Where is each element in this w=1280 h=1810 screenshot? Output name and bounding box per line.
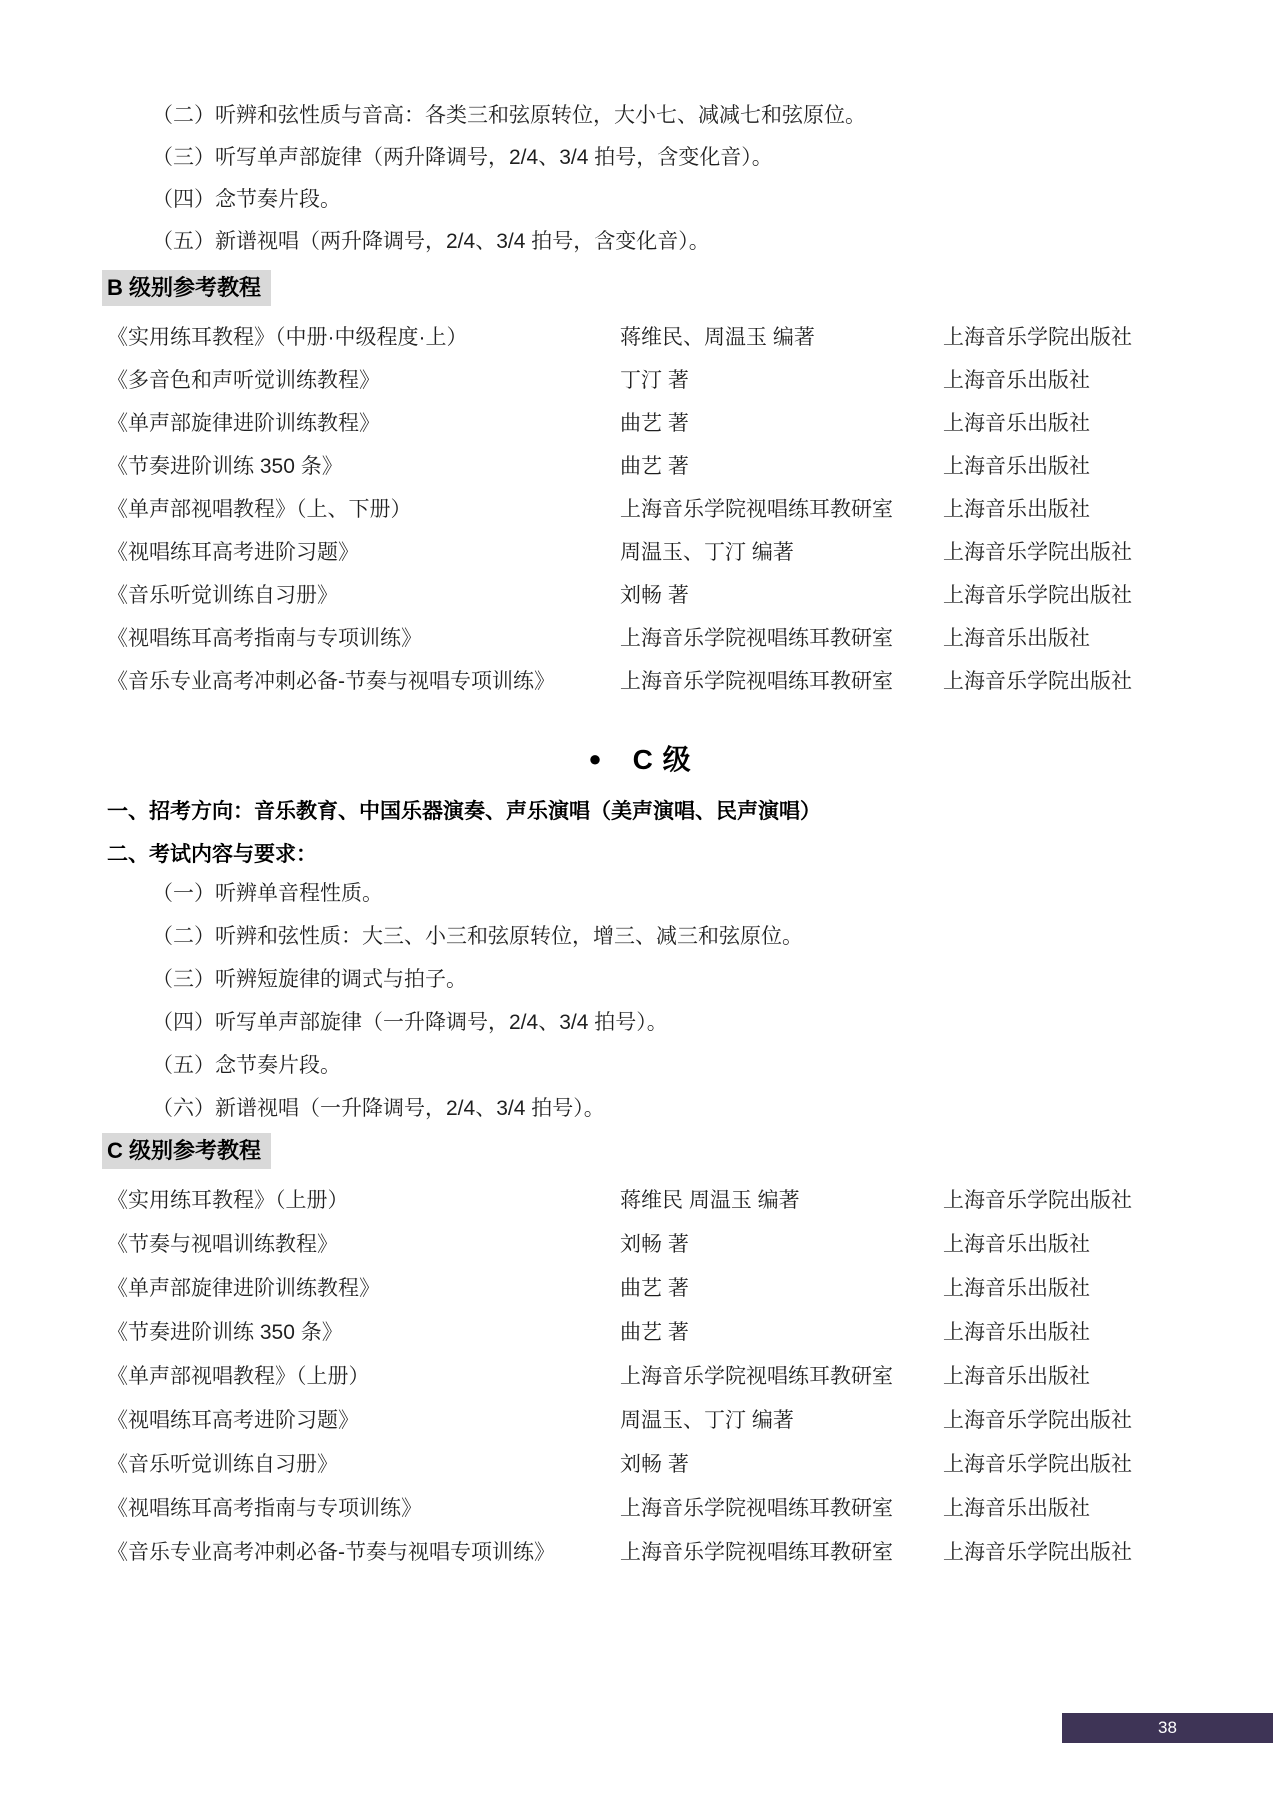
table-row: 《节奏进阶训练 350 条》 曲艺 著 上海音乐出版社: [107, 1309, 1192, 1353]
table-row: 《实用练耳教程》（上册） 蒋维民 周温玉 编著 上海音乐学院出版社: [107, 1177, 1192, 1221]
book-title: 《单声部视唱教程》（上册）: [107, 1360, 620, 1390]
book-publisher: 上海音乐出版社: [943, 1228, 1192, 1258]
book-author: 刘畅 著: [620, 1448, 943, 1478]
table-row: 《视唱练耳高考进阶习题》 周温玉、丁汀 编著 上海音乐学院出版社: [107, 1397, 1192, 1441]
list-item: （六）新谱视唱（一升降调号，2/4、3/4 拍号）。: [152, 1087, 803, 1130]
table-row: 《视唱练耳高考指南与专项训练》 上海音乐学院视唱练耳教研室 上海音乐出版社: [107, 1485, 1192, 1529]
book-title: 《实用练耳教程》（中册·中级程度·上）: [107, 321, 620, 351]
book-title: 《节奏进阶训练 350 条》: [107, 450, 620, 480]
table-row: 《单声部视唱教程》（上、下册） 上海音乐学院视唱练耳教研室 上海音乐出版社: [107, 486, 1192, 529]
list-item: （一）听辨单音程性质。: [152, 872, 803, 915]
table-row: 《视唱练耳高考指南与专项训练》 上海音乐学院视唱练耳教研室 上海音乐出版社: [107, 615, 1192, 658]
book-title: 《视唱练耳高考指南与专项训练》: [107, 1492, 620, 1522]
book-title: 《音乐专业高考冲刺必备-节奏与视唱专项训练》: [107, 665, 620, 695]
table-row: 《音乐专业高考冲刺必备-节奏与视唱专项训练》 上海音乐学院视唱练耳教研室 上海音…: [107, 658, 1192, 701]
book-title: 《音乐听觉训练自习册》: [107, 1448, 620, 1478]
book-title: 《音乐听觉训练自习册》: [107, 579, 620, 609]
book-publisher: 上海音乐学院出版社: [943, 1404, 1192, 1434]
book-publisher: 上海音乐出版社: [943, 493, 1192, 523]
book-publisher: 上海音乐学院出版社: [943, 579, 1192, 609]
book-publisher: 上海音乐学院出版社: [943, 536, 1192, 566]
book-title: 《实用练耳教程》（上册）: [107, 1184, 620, 1214]
book-author: 丁汀 著: [620, 364, 943, 394]
table-row: 《音乐听觉训练自习册》 刘畅 著 上海音乐学院出版社: [107, 572, 1192, 615]
book-author: 上海音乐学院视唱练耳教研室: [620, 493, 943, 523]
book-title: 《音乐专业高考冲刺必备-节奏与视唱专项训练》: [107, 1536, 620, 1566]
list-item: （四）听写单声部旋律（一升降调号，2/4、3/4 拍号）。: [152, 1001, 803, 1044]
book-title: 《视唱练耳高考指南与专项训练》: [107, 622, 620, 652]
book-publisher: 上海音乐学院出版社: [943, 665, 1192, 695]
book-author: 周温玉、丁汀 编著: [620, 536, 943, 566]
c-exam-items-list: （一）听辨单音程性质。 （二）听辨和弦性质：大三、小三和弦原转位，增三、减三和弦…: [152, 872, 803, 1130]
book-publisher: 上海音乐学院出版社: [943, 1536, 1192, 1566]
book-author: 上海音乐学院视唱练耳教研室: [620, 622, 943, 652]
list-item: （五）新谱视唱（两升降调号，2/4、3/4 拍号，含变化音）。: [152, 221, 866, 263]
table-row: 《多音色和声听觉训练教程》 丁汀 著 上海音乐出版社: [107, 357, 1192, 400]
book-author: 周温玉、丁汀 编著: [620, 1404, 943, 1434]
book-publisher: 上海音乐出版社: [943, 1492, 1192, 1522]
table-row: 《音乐专业高考冲刺必备-节奏与视唱专项训练》 上海音乐学院视唱练耳教研室 上海音…: [107, 1529, 1192, 1573]
list-item: （三）听辨短旋律的调式与拍子。: [152, 958, 803, 1001]
list-item: （三）听写单声部旋律（两升降调号，2/4、3/4 拍号，含变化音）。: [152, 137, 866, 179]
book-title: 《视唱练耳高考进阶习题》: [107, 1404, 620, 1434]
book-title: 《单声部旋律进阶训练教程》: [107, 407, 620, 437]
table-row: 《单声部旋律进阶训练教程》 曲艺 著 上海音乐出版社: [107, 400, 1192, 443]
book-author: 曲艺 著: [620, 450, 943, 480]
book-author: 蒋维民、周温玉 编著: [620, 321, 943, 351]
bullet-icon: ●: [588, 746, 602, 771]
book-author: 刘畅 著: [620, 579, 943, 609]
book-publisher: 上海音乐出版社: [943, 450, 1192, 480]
b-books-table: 《实用练耳教程》（中册·中级程度·上） 蒋维民、周温玉 编著 上海音乐学院出版社…: [107, 314, 1192, 701]
book-title: 《视唱练耳高考进阶习题》: [107, 536, 620, 566]
table-row: 《视唱练耳高考进阶习题》 周温玉、丁汀 编著 上海音乐学院出版社: [107, 529, 1192, 572]
table-row: 《音乐听觉训练自习册》 刘畅 著 上海音乐学院出版社: [107, 1441, 1192, 1485]
b-exam-items-list: （二）听辨和弦性质与音高：各类三和弦原转位，大小七、减减七和弦原位。 （三）听写…: [152, 95, 866, 263]
book-author: 上海音乐学院视唱练耳教研室: [620, 665, 943, 695]
c-level-heading: ●C 级: [0, 738, 1280, 778]
book-publisher: 上海音乐学院出版社: [943, 321, 1192, 351]
book-title: 《节奏进阶训练 350 条》: [107, 1316, 620, 1346]
book-publisher: 上海音乐出版社: [943, 1316, 1192, 1346]
book-author: 曲艺 著: [620, 407, 943, 437]
c-reference-heading: C 级别参考教程: [102, 1133, 271, 1169]
table-row: 《单声部旋律进阶训练教程》 曲艺 著 上海音乐出版社: [107, 1265, 1192, 1309]
book-publisher: 上海音乐出版社: [943, 1360, 1192, 1390]
book-publisher: 上海音乐出版社: [943, 364, 1192, 394]
list-item: （二）听辨和弦性质与音高：各类三和弦原转位，大小七、减减七和弦原位。: [152, 95, 866, 137]
book-author: 曲艺 著: [620, 1316, 943, 1346]
book-publisher: 上海音乐出版社: [943, 622, 1192, 652]
document-page: （二）听辨和弦性质与音高：各类三和弦原转位，大小七、减减七和弦原位。 （三）听写…: [0, 0, 1280, 1810]
book-title: 《单声部旋律进阶训练教程》: [107, 1272, 620, 1302]
c-books-table: 《实用练耳教程》（上册） 蒋维民 周温玉 编著 上海音乐学院出版社 《节奏与视唱…: [107, 1177, 1192, 1573]
book-publisher: 上海音乐出版社: [943, 1272, 1192, 1302]
table-row: 《单声部视唱教程》（上册） 上海音乐学院视唱练耳教研室 上海音乐出版社: [107, 1353, 1192, 1397]
page-number-badge: 38: [1062, 1713, 1273, 1743]
list-item: （四）念节奏片段。: [152, 179, 866, 221]
book-author: 上海音乐学院视唱练耳教研室: [620, 1536, 943, 1566]
book-publisher: 上海音乐出版社: [943, 407, 1192, 437]
book-author: 上海音乐学院视唱练耳教研室: [620, 1360, 943, 1390]
list-item: （二）听辨和弦性质：大三、小三和弦原转位，增三、减三和弦原位。: [152, 915, 803, 958]
book-title: 《多音色和声听觉训练教程》: [107, 364, 620, 394]
book-author: 刘畅 著: [620, 1228, 943, 1258]
book-publisher: 上海音乐学院出版社: [943, 1448, 1192, 1478]
table-row: 《实用练耳教程》（中册·中级程度·上） 蒋维民、周温玉 编著 上海音乐学院出版社: [107, 314, 1192, 357]
table-row: 《节奏进阶训练 350 条》 曲艺 著 上海音乐出版社: [107, 443, 1192, 486]
c-level-title: C 级: [633, 744, 692, 775]
book-title: 《节奏与视唱训练教程》: [107, 1228, 620, 1258]
c-admission-direction-line: 一、招考方向：音乐教育、中国乐器演奏、声乐演唱（美声演唱、民声演唱）: [107, 795, 821, 825]
book-author: 上海音乐学院视唱练耳教研室: [620, 1492, 943, 1522]
table-row: 《节奏与视唱训练教程》 刘畅 著 上海音乐出版社: [107, 1221, 1192, 1265]
book-title: 《单声部视唱教程》（上、下册）: [107, 493, 620, 523]
c-exam-content-heading: 二、考试内容与要求：: [107, 838, 317, 868]
b-reference-heading: B 级别参考教程: [102, 270, 271, 306]
book-author: 蒋维民 周温玉 编著: [620, 1184, 943, 1214]
list-item: （五）念节奏片段。: [152, 1044, 803, 1087]
book-publisher: 上海音乐学院出版社: [943, 1184, 1192, 1214]
book-author: 曲艺 著: [620, 1272, 943, 1302]
